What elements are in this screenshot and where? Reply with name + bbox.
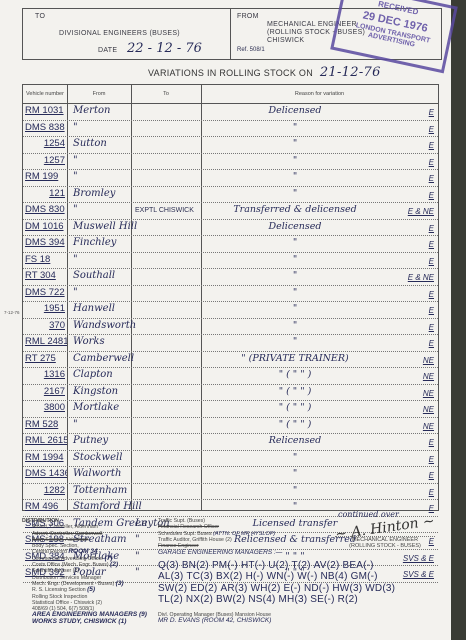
from-garage: " [67, 122, 151, 133]
garage-code: R(2) [338, 594, 358, 605]
table-row: DMS 722""E [23, 286, 438, 303]
reason: Delicensed [205, 221, 385, 232]
col-header-vehicle: Vehicle number [23, 85, 67, 103]
to-label: TO [35, 13, 45, 20]
code: NE [388, 356, 434, 365]
reason: " [205, 452, 385, 463]
code: E [388, 339, 434, 348]
vehicle-number: 121 [25, 188, 65, 199]
distribution-item-text: Commercial Advertising Officer [32, 556, 103, 562]
vehicle-number: DMS 830 [25, 204, 67, 215]
table-row: 121Bromley"E [23, 187, 438, 204]
reason: " ( " " ) [205, 369, 385, 380]
from-garage: " [67, 419, 151, 430]
table-row: DMS 838""E [23, 121, 438, 138]
code: E & NE [388, 273, 434, 282]
table-row: RM 1031MertonDelicensedE [23, 104, 438, 121]
reason: " [205, 155, 385, 166]
vehicle-number: RT 304 [25, 270, 67, 281]
to-value: DIVISIONAL ENGINEERS (BUSES) [59, 30, 180, 37]
from-garage: Merton [67, 105, 151, 116]
garage-code: AV(2) [314, 560, 340, 571]
reason: " [205, 336, 385, 347]
vehicle-number: 1316 [25, 369, 65, 380]
table-row: 1282Tottenham"E [23, 484, 438, 501]
garage-code: AR(3) [220, 583, 247, 594]
col-header-reason: Reason for variation [201, 85, 438, 103]
code: NE [388, 422, 434, 431]
vehicle-number: RM 1994 [25, 452, 67, 463]
code: NE [388, 405, 434, 414]
garage-code: GM(-) [351, 571, 378, 582]
garage-row: AL(3)TC(3)BX(2)H(-)WN(-)W(-)NB(4)GM(-) [158, 571, 358, 583]
table-row: 3800Mortlake" ( " " )NE [23, 401, 438, 418]
distribution-note: ROOM 34 [68, 548, 97, 555]
from-garage: Camberwell [67, 353, 151, 364]
from-garage: Finchley [67, 237, 151, 248]
date-value: 22 - 12 - 76 [127, 41, 202, 56]
code: E [388, 224, 434, 233]
vehicle-number: DM 1016 [25, 221, 67, 232]
reason: " (PRIVATE TRAINER) [205, 353, 385, 364]
code: E [388, 240, 434, 249]
table-row: 2167Kingston" ( " " )NE [23, 385, 438, 402]
garage-code: PM(-) [212, 560, 238, 571]
code: E [388, 323, 434, 332]
from-garage: " [67, 155, 151, 166]
distribution-item-text: Costs Office (Mech. Engr. Buses) [32, 562, 109, 568]
table-row: DMS 1436Walworth"E [23, 467, 438, 484]
title-date: 21-12-76 [320, 65, 381, 80]
garage-code: ND(-) [304, 583, 329, 594]
vehicle-number: 1951 [25, 303, 65, 314]
code: NE [388, 372, 434, 381]
traffic-item-text: Traffic Auditor, Griffith House (2) [158, 537, 232, 543]
reason: " [205, 188, 385, 199]
table-row: RM 199""E [23, 170, 438, 187]
garage-code: W(-) [297, 571, 317, 582]
from-garage: Kingston [67, 386, 151, 397]
from-garage: Works [67, 336, 151, 347]
garage-code: BN(2) [182, 560, 209, 571]
table-row: RT 304Southall"E & NE [23, 269, 438, 286]
traffic-note: (ATTN. OF MR HYSLOP) [213, 531, 275, 537]
vehicle-number: 1254 [25, 138, 65, 149]
garage-code: SE(-) [310, 594, 334, 605]
garage-code: BX(2) [216, 571, 243, 582]
from-garage: Sutton [67, 138, 151, 149]
date-label: DATE [98, 47, 117, 54]
reason: " [205, 254, 385, 265]
code: E [388, 488, 434, 497]
garage-code: U(2) [268, 560, 288, 571]
table-row: RM 528"" ( " " )NE [23, 418, 438, 435]
garage-code: MH(3) [279, 594, 308, 605]
page-title: VARIATIONS IN ROLLING STOCK ON 21-12-76 [148, 65, 381, 80]
vehicle-number: FS 18 [25, 254, 67, 265]
vehicle-number: RM 199 [25, 171, 67, 182]
vehicle-number: RM 1031 [25, 105, 67, 116]
vehicle-number: RML 2481 [25, 336, 67, 347]
table-row: 370Wandsworth"E [23, 319, 438, 336]
reference-number: Ref. 508/1 [237, 47, 265, 53]
traffic-item-text: Finance Engineer [158, 543, 199, 549]
garage-code: NB(4) [320, 571, 347, 582]
garage-code: WD(3) [365, 583, 395, 594]
code: SVS & E [388, 570, 434, 579]
reason: " [205, 138, 385, 149]
vehicle-number: 2167 [25, 386, 65, 397]
distribution-item-text: Rolling Stock Inspection [32, 594, 87, 600]
vehicle-number: RM 496 [25, 501, 67, 512]
code: E [388, 438, 434, 447]
vehicle-number: 1257 [25, 155, 65, 166]
distribution-item-text: Body Section, Aldenham [32, 537, 89, 543]
traffic-item-text: Schedules Supt. Buses [158, 531, 212, 537]
from-garage: " [67, 171, 151, 182]
reason: " [205, 320, 385, 331]
code: E [388, 141, 434, 150]
reason: " ( " " ) [205, 402, 385, 413]
distribution-list: DISTRIBUTION Advert, Controller, Aldenha… [22, 518, 162, 625]
garage-code: NS(4) [248, 594, 275, 605]
table-row: RT 275Camberwell" (PRIVATE TRAINER)NE [23, 352, 438, 369]
code: E [388, 174, 434, 183]
from-garage: Clapton [67, 369, 151, 380]
reason: " [205, 270, 385, 281]
from-garage: Tottenham [67, 485, 151, 496]
code: E [388, 471, 434, 480]
garage-row: Q(3)BN(2)PM(-)HT(-)U(2)T(2)AV(2)BEA(-) [158, 560, 358, 572]
vehicle-number: RML 2615 [25, 435, 67, 446]
distribution-note: (2) [110, 561, 118, 568]
from-garage: Putney [67, 435, 151, 446]
garage-row: TL(2)NX(2)BW(2)NS(4)MH(3)SE(-)R(2) [158, 594, 358, 606]
reason: " [205, 122, 385, 133]
from-garage: Muswell Hill [67, 221, 151, 232]
received-stamp: RECEIVED 29 DEC 1976 LONDON TRANSPORT AD… [330, 0, 458, 73]
reason: " [205, 287, 385, 298]
garage-code: SW(2) [158, 583, 187, 594]
from-garage: Walworth [67, 468, 151, 479]
from-line-3: CHISWICK [267, 37, 304, 44]
to-box: TO DIVISIONAL ENGINEERS (BUSES) DATE 22 … [22, 8, 231, 60]
code: NE [388, 389, 434, 398]
from-garage: Hanwell [67, 303, 151, 314]
reason: " [205, 171, 385, 182]
traffic-item-text: Financial Research Officer [158, 524, 219, 530]
code: E [388, 290, 434, 299]
from-garage: Stockwell [67, 452, 151, 463]
vehicle-number: DMS 1436 [25, 468, 67, 479]
garage-code: BW(2) [216, 594, 245, 605]
distribution-note: (5) [87, 586, 95, 593]
from-garage: Southall [67, 270, 151, 281]
garage-code: TL(2) [158, 594, 183, 605]
reason: " [205, 237, 385, 248]
garage-code: NX(2) [186, 594, 213, 605]
margin-note: 7-12-76 [4, 310, 20, 315]
garage-code: E(-) [283, 583, 300, 594]
traffic-item-text: Traffic Supt. (Buses) [158, 518, 205, 524]
table-row: FS 18""E [23, 253, 438, 270]
traffic-distribution: Traffic Supt. (Buses)Financial Research … [158, 518, 358, 624]
from-garage: Bromley [67, 188, 151, 199]
table-row: RML 2481Works"E [23, 335, 438, 352]
table-header: Vehicle number From To Reason for variat… [23, 85, 438, 104]
vehicle-number: RT 275 [25, 353, 67, 364]
code: SVS & E [388, 554, 434, 563]
variations-table: Vehicle number From To Reason for variat… [22, 84, 439, 511]
garage-code: AL(3) [158, 571, 183, 582]
garage-managers-grid: Q(3)BN(2)PM(-)HT(-)U(2)T(2)AV(2)BEA(-)AL… [158, 560, 358, 606]
reason: Relicensed [205, 435, 385, 446]
code: E [388, 306, 434, 315]
table-row: 1254Sutton"E [23, 137, 438, 154]
from-garage: Mortlake [67, 402, 151, 413]
distribution-item-text: Central Record [32, 549, 67, 555]
reason: " ( " " ) [205, 386, 385, 397]
col-header-to: To [131, 85, 201, 103]
garage-code: HT(-) [241, 560, 265, 571]
reason: " [205, 468, 385, 479]
garage-code: T(2) [292, 560, 311, 571]
distribution-item-text: Advert, Controller, Aldenham [32, 524, 98, 530]
from-garage: Stamford Hill [67, 501, 151, 512]
code: E [388, 257, 434, 266]
distribution-item-text: Statistical Office - Chiswick (2) [32, 600, 102, 606]
garage-code: Q(3) [158, 560, 179, 571]
distribution-item-text: Distribution Services Manager [32, 575, 101, 581]
col-header-from: From [67, 85, 131, 103]
reason: " [205, 485, 385, 496]
code: E & NE [388, 207, 434, 216]
distribution-hand-note: WORKS STUDY, CHISWICK (1) [22, 619, 162, 625]
table-row: RM 1994Stockwell"E [23, 451, 438, 468]
code: E [388, 125, 434, 134]
vehicle-number: RM 528 [25, 419, 67, 430]
from-garage: " [67, 254, 151, 265]
reason: Transferred & delicensed [205, 204, 385, 215]
garage-code: ED(2) [190, 583, 217, 594]
from-garage: Wandsworth [67, 320, 151, 331]
code: E [388, 108, 434, 117]
divl-operating-manager-name: MR D. EVANS (ROOM 42, CHISWICK) [158, 618, 358, 624]
table-row: 1257""E [23, 154, 438, 171]
reason: " [205, 303, 385, 314]
table-row: 1316Clapton" ( " " )NE [23, 368, 438, 385]
garage-row: SW(2)ED(2)AR(3)WH(2)E(-)ND(-)HW(3)WD(3) [158, 583, 358, 595]
table-row: DMS 830"EXPTL CHISWICKTransferred & deli… [23, 203, 438, 220]
from-label: FROM [237, 13, 259, 20]
from-garage: " [67, 287, 151, 298]
document-page: TO DIVISIONAL ENGINEERS (BUSES) DATE 22 … [0, 0, 451, 640]
reason: Delicensed [205, 105, 385, 116]
reason: " ( " " ) [205, 419, 385, 430]
table-row: RML 2615PutneyRelicensedE [23, 434, 438, 451]
distribution-item-text: Advert, Controller, Camberwell [32, 531, 102, 537]
distribution-note: (3) [116, 580, 124, 587]
garage-code: BEA(-) [342, 560, 373, 571]
vehicle-number: 1282 [25, 485, 65, 496]
table-row: DM 1016Muswell HillDelicensedE [23, 220, 438, 237]
signature-title-2: (ROLLING STOCK - BUSES) [330, 543, 440, 549]
vehicle-number: DMS 838 [25, 122, 67, 133]
garage-code: TC(3) [186, 571, 213, 582]
garage-code: HW(3) [332, 583, 362, 594]
garage-code: WH(2) [251, 583, 281, 594]
vehicle-number: DMS 722 [25, 287, 67, 298]
code: E [388, 158, 434, 167]
table-row: 1951Hanwell"E [23, 302, 438, 319]
distribution-item-text: R. S. Licensing Section [32, 587, 86, 593]
code: E [388, 191, 434, 200]
title-text: VARIATIONS IN ROLLING STOCK ON [148, 68, 313, 78]
signature-block: ~ A. Hinton ~ MECHANICAL ENGINEER (ROLLI… [330, 520, 440, 549]
garage-code: H(-) [246, 571, 264, 582]
to-garage: EXPTL CHISWICK [131, 207, 205, 214]
vehicle-number: DMS 394 [25, 237, 67, 248]
vehicle-number: 370 [25, 320, 65, 331]
garage-managers-title: GARAGE ENGINEERING MANAGERS :— [158, 550, 358, 556]
code: E [388, 455, 434, 464]
distribution-item-text: Scientific Adviser (2) [32, 568, 79, 574]
vehicle-number: 3800 [25, 402, 65, 413]
table-row: DMS 394Finchley"E [23, 236, 438, 253]
garage-code: WN(-) [267, 571, 295, 582]
